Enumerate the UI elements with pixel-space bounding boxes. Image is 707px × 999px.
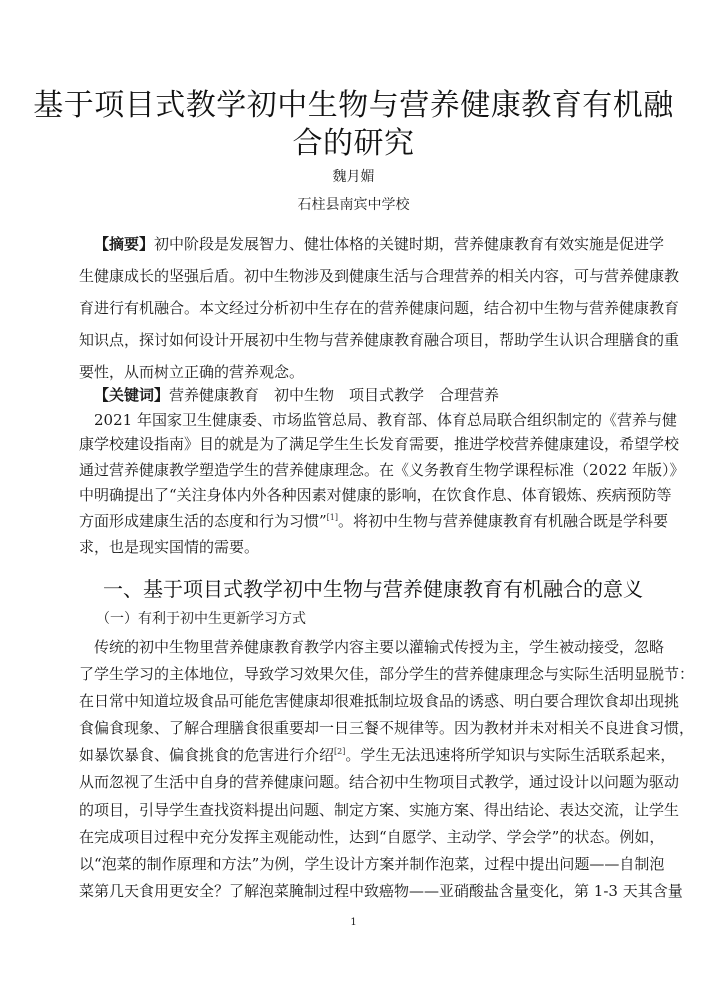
author-affiliation: 石柱县南宾中学校 [0,194,707,214]
body-line-7: 的项目，引导学生查找资料提出问题、制定方案、实施方案、得出结论、表达交流，让学生 [79,800,627,820]
abstract-line-3: 育进行有机融合。本文经过分析初中生存在的营养健康问题，结合初中生物与营养健康教育 [79,298,627,318]
body-line-9: 以“泡菜的制作原理和方法”为例，学生设计方案并制作泡菜，过程中提出问题——自制泡 [79,854,627,874]
keywords-label: 【关键词】 [94,386,169,404]
citation-1[interactable]: [1] [327,513,338,522]
intro-line-5: 方面形成建康生活的态度和行为习惯”[1]。将初中生物与营养健康教育有机融合既是学… [79,511,627,531]
intro-line-3: 通过营养健康教学塑造学生的营养健康理念。在《义务教育生物学课程标准（2022 年… [79,460,627,480]
subsection-1-heading: （一）有利于初中生更新学习方式 [96,609,306,629]
body-line-5: 如暴饮暴食、偏食挑食的危害进行介绍[2]。学生无法迅速将所学知识与实际生活联系起… [79,745,627,765]
intro-line-4: 中明确提出了“关注身体内外各种因素对健康的影响，在饮食作息、体育锻炼、疾病预防等 [79,485,627,505]
paper-title-line-2: 合的研究 [0,124,707,164]
body-line-2: 了学生学习的主体地位，导致学习效果欠佳，部分学生的营养健康理念与实际生活明显脱节… [79,664,627,684]
abstract-line-1: 【摘要】初中阶段是发展智力、健壮体格的关键时期，营养健康教育有效实施是促进学 [94,234,627,254]
abstract-line-4: 知识点，探讨如何设计开展初中生物与营养健康教育融合项目，帮助学生认识合理膳食的重 [79,330,627,350]
citation-2[interactable]: [2] [334,747,345,756]
body-line-4: 食偏食现象、了解合理膳食很重要却一日三餐不规律等。因为教材并未对相关不良进食习惯… [79,718,627,738]
document-page: 基于项目式教学初中生物与营养健康教育有机融 合的研究 魏月媚 石柱县南宾中学校 … [0,0,707,999]
abstract-line-2: 生健康成长的坚强后盾。初中生物涉及到健康生活与合理营养的相关内容，可与营养健康教 [79,266,627,286]
body-line-10: 菜第几天食用更安全？了解泡菜腌制过程中致癌物——亚硝酸盐含量变化，第 1-3 天… [79,881,627,901]
keywords-list: 营养健康教育 初中生物 项目式教学 合理营养 [169,386,499,404]
page-number: 1 [0,917,707,928]
paper-title-line-1: 基于项目式教学初中生物与营养健康教育有机融 [0,86,707,126]
intro-line-2: 康学校建设指南》目的就是为了满足学生生长发育需要，推进学校营养健康建设，希望学校 [79,434,627,454]
body-line-8: 在完成项目过程中充分发挥主观能动性，达到“自愿学、主动学、学会学”的状态。例如， [79,827,627,847]
intro-line-6: 求，也是现实国情的需要。 [79,537,627,557]
body-line-6: 从而忽视了生活中自身的营养健康问题。结合初中生物项目式教学，通过设计以问题为驱动 [79,772,627,792]
abstract-line-5: 要性，从而树立正确的营养观念。 [79,362,627,382]
body-line-1: 传统的初中生物里营养健康教育教学内容主要以灌输式传授为主，学生被动接受，忽略 [94,637,627,657]
body-line-3: 在日常中知道垃圾食品可能危害健康却很难抵制垃圾食品的诱惑、明白要合理饮食却出现挑 [79,691,627,711]
keywords-line: 【关键词】营养健康教育 初中生物 项目式教学 合理营养 [94,385,627,405]
intro-line-1: 2021 年国家卫生健康委、市场监管总局、教育部、体育总局联合组织制定的《营养与… [94,410,627,430]
section-1-heading: 一、基于项目式教学初中生物与营养健康教育有机融合的意义 [103,576,643,602]
author-name: 魏月媚 [0,166,707,186]
abstract-label: 【摘要】 [94,235,154,253]
